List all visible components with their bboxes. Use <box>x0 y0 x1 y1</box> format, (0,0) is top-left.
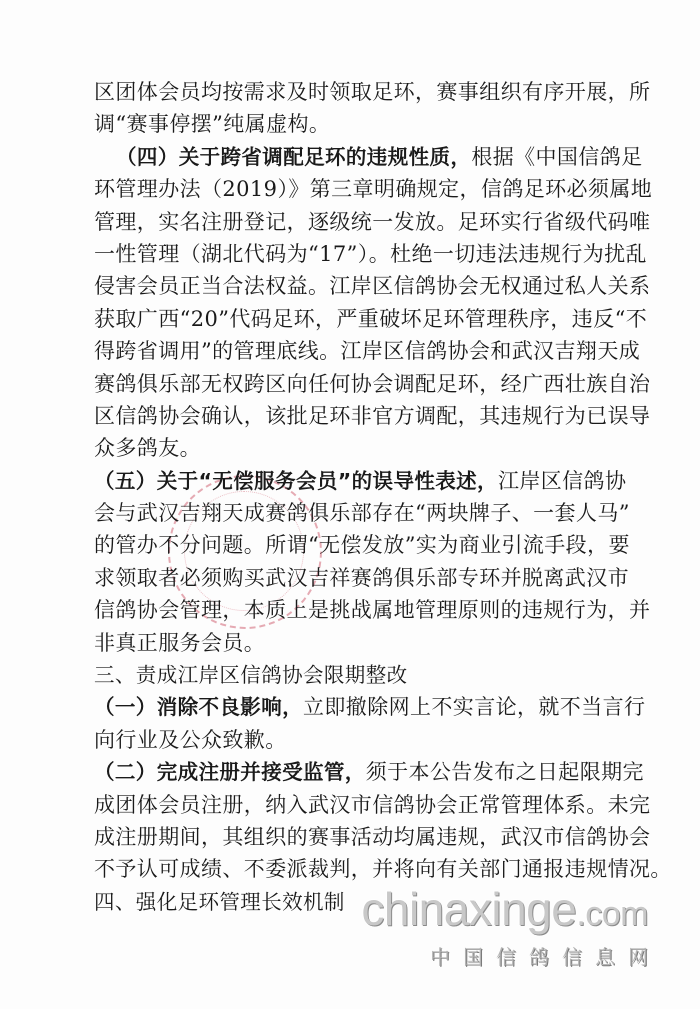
line-text: 不予认可成绩、不委派裁判，并将向有关部门通报违规情况。 <box>94 857 672 881</box>
document-body: 区团体会员均按需求及时领取足环，赛事组织有序开展，所 调“赛事停摆”纯属虚构。 … <box>94 76 624 918</box>
line-text: 的管办不分问题。所谓“无偿发放”实为商业引流手段，要 <box>94 533 630 557</box>
line-text: 区信鸽协会确认，该批足环非官方调配，其违规行为已误导 <box>94 404 650 428</box>
body-line: 信鸽协会管理，本质上是挑战属地管理原则的违规行为，并 <box>94 594 624 626</box>
document-page: 区团体会员均按需求及时领取足环，赛事组织有序开展，所 调“赛事停摆”纯属虚构。 … <box>0 0 700 1009</box>
body-line: 成团体会员注册，纳入武汉市信鸽协会正常管理体系。未完 <box>94 789 624 821</box>
line-text: 会与武汉吉翔天成赛鸽俱乐部存在“两块牌子、一套人马” <box>94 501 630 525</box>
line-text: 众多鸽友。 <box>94 436 201 460</box>
body-line: 环管理办法（2019）》第三章明确规定，信鸽足环必须属地 <box>94 173 624 205</box>
line-text: 赛鸽俱乐部无权跨区向任何协会调配足环，经广西壮族自治 <box>94 372 650 396</box>
line-text: 管理，实名注册登记，逐级统一发放。足环实行省级代码唯 <box>94 210 650 234</box>
body-line: 区信鸽协会确认，该批足环非官方调配，其违规行为已误导 <box>94 400 624 432</box>
subsection-title: （一）消除不良影响， <box>94 695 303 719</box>
watermark-site-name: 中国信鸽信息网 <box>361 943 661 971</box>
line-text: 成注册期间，其组织的赛事活动均属违规，武汉市信鸽协会 <box>94 825 650 849</box>
body-line: 得跨省调用”的管理底线。江岸区信鸽协会和武汉吉翔天成 <box>94 335 624 367</box>
line-text: 成团体会员注册，纳入武汉市信鸽协会正常管理体系。未完 <box>94 793 650 817</box>
line-text: 须于本公告发布之日起限期完 <box>366 760 644 784</box>
watermark-domain-main: chinaxinge <box>361 883 576 935</box>
subsection-one-line: （一）消除不良影响，立即撤除网上不实言论，就不当言行 <box>94 691 624 723</box>
site-watermark: chinaxinge.com 中国信鸽信息网 <box>361 884 648 971</box>
line-text: 侵害会员正当合法权益。江岸区信鸽协会无权通过私人关系 <box>94 274 650 298</box>
subsection-title: （四）关于跨省调配足环的违规性质， <box>116 145 471 169</box>
body-line: 不予认可成绩、不委派裁判，并将向有关部门通报违规情况。 <box>94 853 624 885</box>
line-text: 获取广西“20”代码足环，严重破坏足环管理秩序，违反“不 <box>94 307 647 331</box>
line-text: 得跨省调用”的管理底线。江岸区信鸽协会和武汉吉翔天成 <box>94 339 640 363</box>
body-line: 众多鸽友。 <box>94 432 624 464</box>
line-text: 非真正服务会员。 <box>94 631 265 655</box>
body-line: 区团体会员均按需求及时领取足环，赛事组织有序开展，所 <box>94 76 624 108</box>
section-three-heading: 三、责成江岸区信鸽协会限期整改 <box>94 659 624 691</box>
section-five-heading-line: （五）关于“无偿服务会员”的误导性表述，江岸区信鸽协 <box>94 465 624 497</box>
body-line: 调“赛事停摆”纯属虚构。 <box>94 108 624 140</box>
line-text: 向行业及公众致歉。 <box>94 728 287 752</box>
body-line: 成注册期间，其组织的赛事活动均属违规，武汉市信鸽协会 <box>94 821 624 853</box>
section-title: 四、强化足环管理长效机制 <box>94 890 345 914</box>
subsection-two-line: （二）完成注册并接受监管，须于本公告发布之日起限期完 <box>94 756 624 788</box>
line-text: 立即撤除网上不实言论，就不当言行 <box>303 695 645 719</box>
line-text: 求领取者必须购买武汉吉祥赛鸽俱乐部专环并脱离武汉市 <box>94 566 629 590</box>
subsection-title: （五）关于“无偿服务会员”的误导性表述， <box>94 469 498 493</box>
subsection-title: （二）完成注册并接受监管， <box>94 760 366 784</box>
section-title: 三、责成江岸区信鸽协会限期整改 <box>94 663 408 687</box>
body-line: 赛鸽俱乐部无权跨区向任何协会调配足环，经广西壮族自治 <box>94 368 624 400</box>
body-line: 非真正服务会员。 <box>94 627 624 659</box>
line-text: 江岸区信鸽协 <box>498 469 626 493</box>
line-text: 信鸽协会管理，本质上是挑战属地管理原则的违规行为，并 <box>94 598 650 622</box>
body-line: 求领取者必须购买武汉吉祥赛鸽俱乐部专环并脱离武汉市 <box>94 562 624 594</box>
line-text: 根据《中国信鸽足 <box>471 145 642 169</box>
line-text: 一性管理（湖北代码为“17”）。杜绝一切违法违规行为扰乱 <box>94 242 647 266</box>
body-line: 获取广西“20”代码足环，严重破坏足环管理秩序，违反“不 <box>94 303 624 335</box>
body-line: 侵害会员正当合法权益。江岸区信鸽协会无权通过私人关系 <box>94 270 624 302</box>
body-line: 会与武汉吉翔天成赛鸽俱乐部存在“两块牌子、一套人马” <box>94 497 624 529</box>
body-line: 向行业及公众致歉。 <box>94 724 624 756</box>
body-line: 管理，实名注册登记，逐级统一发放。足环实行省级代码唯 <box>94 206 624 238</box>
line-text: 调“赛事停摆”纯属虚构。 <box>94 112 330 136</box>
body-line: 一性管理（湖北代码为“17”）。杜绝一切违法违规行为扰乱 <box>94 238 624 270</box>
watermark-domain-suffix: .com <box>576 895 648 933</box>
watermark-domain: chinaxinge.com <box>361 884 648 939</box>
line-text: 环管理办法（2019）》第三章明确规定，信鸽足环必须属地 <box>94 177 652 201</box>
section-four-heading-line: （四）关于跨省调配足环的违规性质，根据《中国信鸽足 <box>94 141 624 173</box>
line-text: 区团体会员均按需求及时领取足环，赛事组织有序开展，所 <box>94 80 650 104</box>
body-line: 的管办不分问题。所谓“无偿发放”实为商业引流手段，要 <box>94 529 624 561</box>
